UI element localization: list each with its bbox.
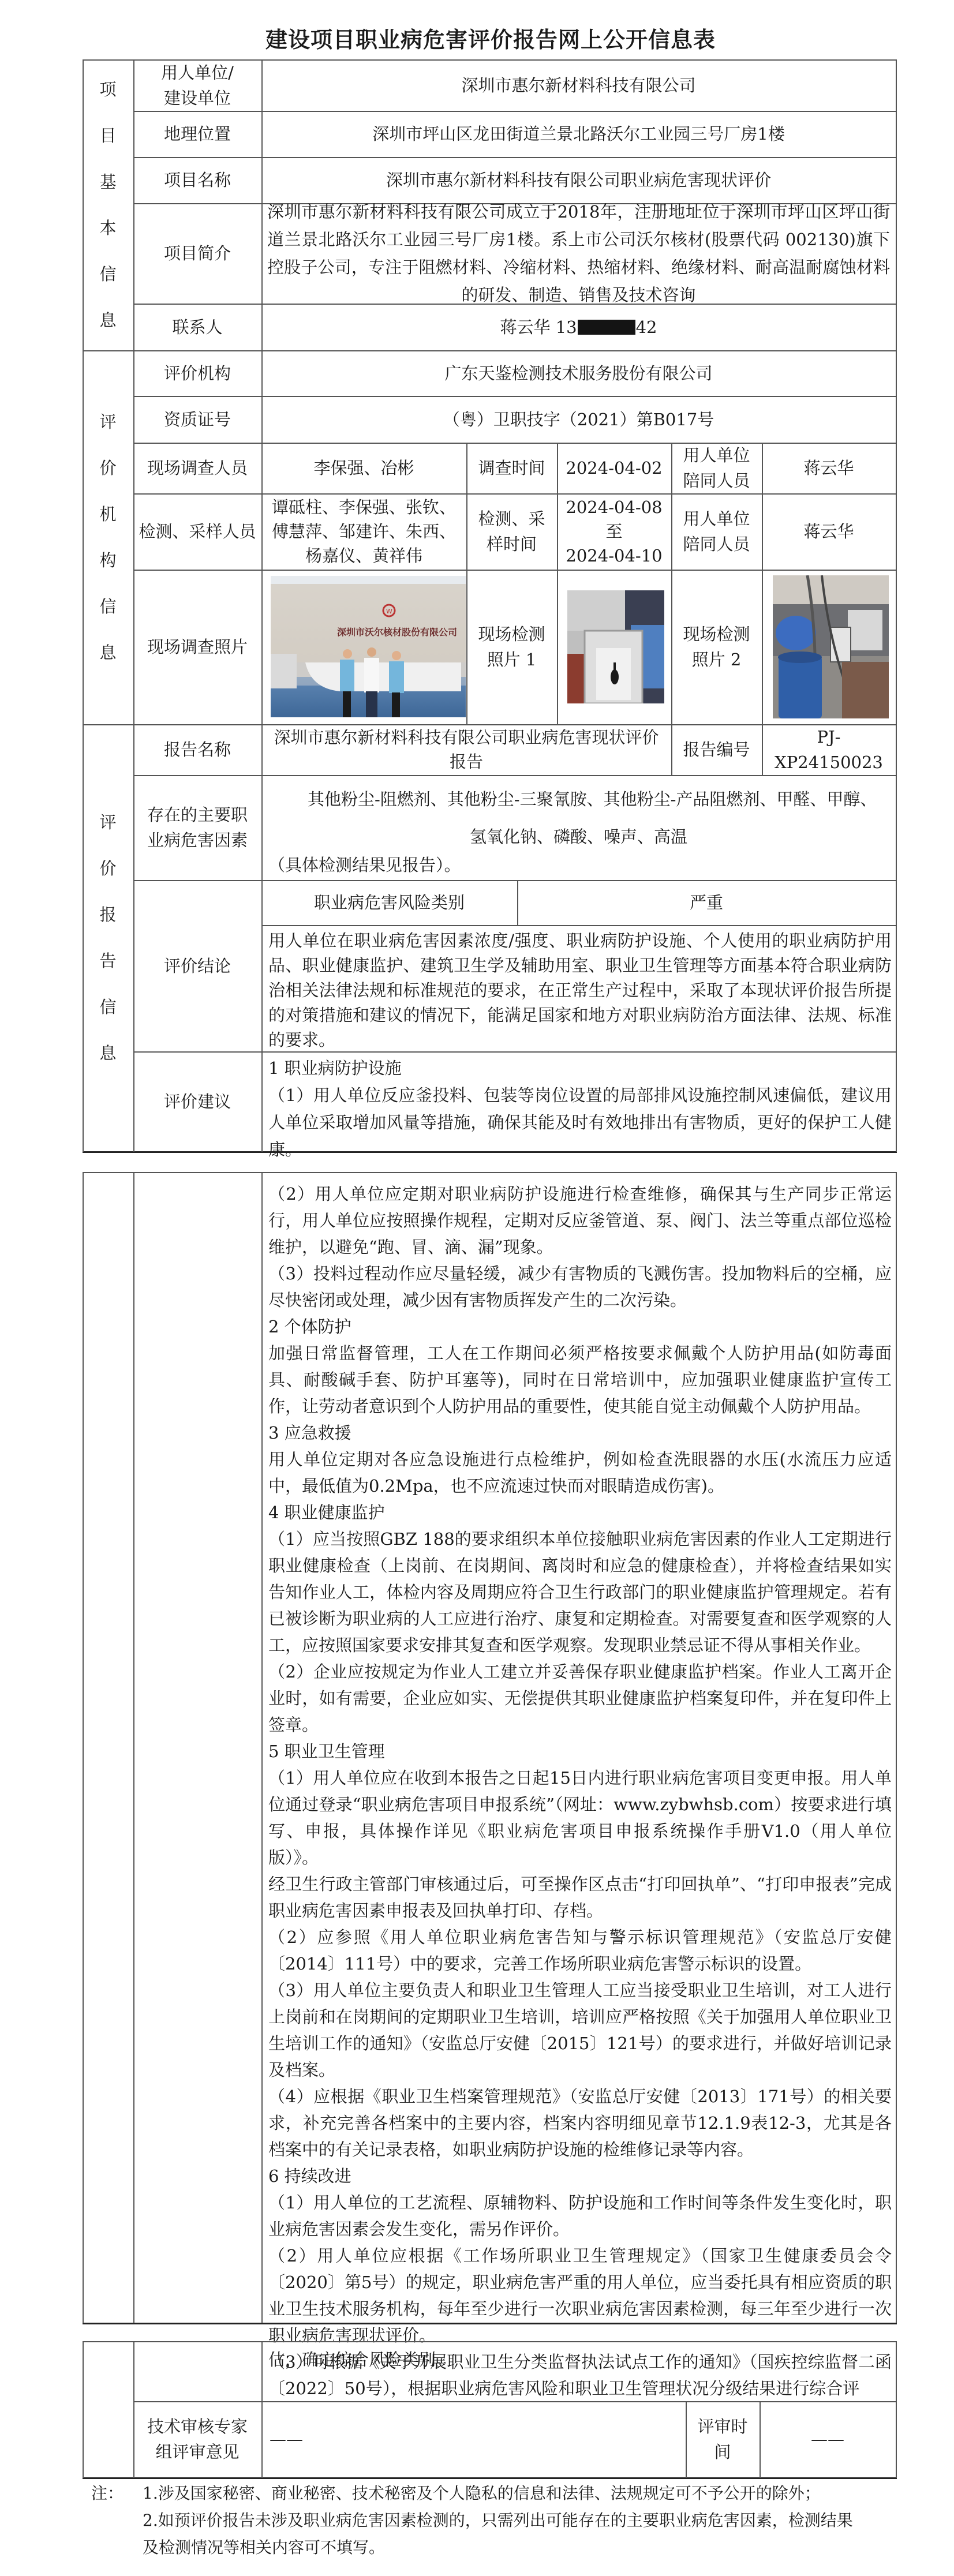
contact-name-phone-prefix: 蒋云华 13 [500, 314, 577, 340]
risk-category-label: 职业病危害风险类别 [261, 880, 517, 925]
label-line: 技术审核专家 [147, 2414, 248, 2439]
site-survey-photo: W 深圳市沃尔核材股份有限公司 [271, 576, 466, 717]
detection-photo-2-image [773, 575, 889, 718]
hazards-note: （具体检测结果见报告）。 [268, 852, 461, 876]
contact-value: 蒋云华 13 42 [261, 304, 896, 350]
label-line: 样时间 [487, 531, 537, 557]
suggestion-item: （2）企业应按规定为作业人工建立并妥善保存职业健康监护档案。作业人工离开企业时，… [268, 1658, 892, 1738]
section-label-char: 息 [99, 310, 116, 331]
staff-line: 杨嘉仪、黄祥伟 [305, 544, 422, 568]
project-intro-value: 深圳市惠尔新材料科技有限公司成立于2018年，注册地址位于深圳市坪山区坪山街道兰… [261, 203, 896, 304]
section-label-char: 本 [99, 218, 116, 238]
suggestion-item: （1）应当按照GBZ 188的要求组织本单位接触职业病危害因素的作业人工定期进行… [268, 1526, 892, 1658]
hazards-line: 其他粉尘-阻燃剂、其他粉尘-三聚氰胺、其他粉尘-产品阻燃剂、甲醛、甲醇、 [308, 787, 877, 810]
table-border [83, 1172, 897, 1173]
accompany-value: 蒋云华 [762, 443, 896, 493]
sampling-staff-value: 谭砥柱、李保强、张钦、 傅慧萍、邹建许、朱西、 杨嘉仪、黄祥伟 [261, 493, 466, 570]
suggestion-heading: 6 持续改进 [268, 2163, 892, 2189]
site-survey-photo-image: W 深圳市沃尔核材股份有限公司 [271, 576, 466, 717]
notes-list: 1.涉及国家秘密、商业秘密、技术秘密及个人隐私的信息和法律、法规规定可不予公开的… [143, 2480, 899, 2561]
staff-line: 傅慧萍、邹建许、朱西、 [272, 519, 456, 544]
section-label-char: 价 [99, 858, 116, 879]
site-detection-photo-2 [773, 575, 889, 718]
detection-photo-1-image [567, 590, 664, 703]
project-name-value: 深圳市惠尔新材料科技有限公司职业病危害现状评价 [261, 157, 896, 203]
review-opinion-value: —— [261, 2401, 686, 2477]
section-label-char: 机 [99, 504, 116, 525]
suggestion-heading: 4 职业健康监护 [268, 1499, 892, 1526]
label-line: 组评审意见 [155, 2439, 239, 2465]
survey-time-value: 2024-04-02 [557, 443, 671, 493]
suggestion-heading: 5 职业卫生管理 [268, 1738, 892, 1765]
date-end: 2024-04-10 [566, 544, 662, 568]
section-label-org-info: 评 价 机 构 信 息 [83, 350, 133, 724]
location-value: 深圳市坪山区龙田街道兰景北路沃尔工业园三号厂房1楼 [261, 111, 896, 157]
section-label-char: 报 [99, 904, 116, 925]
staff-line: 谭砥柱、李保强、张钦、 [272, 495, 456, 519]
label-line: 陪同人员 [683, 468, 750, 493]
photo-label: 现场调查照片 [133, 570, 261, 724]
label-line: 用人单位 [683, 506, 750, 531]
report-name-label: 报告名称 [133, 724, 261, 775]
note-item: 1.涉及国家秘密、商业秘密、技术秘密及个人隐私的信息和法律、法规规定可不予公开的… [143, 2480, 899, 2507]
hazards-label: 存在的主要职 业病危害因素 [133, 775, 261, 880]
table-border [896, 59, 897, 1152]
accompany-label: 用人单位 陪同人员 [671, 443, 762, 493]
page-title: 建设项目职业病危害评价报告网上公开信息表 [0, 22, 954, 54]
contact-phone-suffix: 42 [636, 314, 657, 340]
suggestion-heading: 1 职业病防护设施 [268, 1055, 892, 1082]
section-label-char: 信 [99, 596, 116, 617]
suggestion-heading: 3 应急救援 [268, 1420, 892, 1446]
row-divider [261, 925, 897, 926]
contact-label: 联系人 [133, 304, 261, 350]
note-item: 2.如预评价报告未涉及职业病危害因素检测的，只需列出可能存在的主要职业病危害因素… [143, 2507, 899, 2534]
section-label-char: 信 [99, 264, 116, 284]
table-border [83, 2477, 897, 2479]
table-border [83, 1172, 84, 2323]
sampling-staff-label: 检测、采样人员 [133, 493, 261, 570]
suggestion-item: （3）用人单位主要负责人和职业卫生管理人工应当接受职业卫生培训，对工人进行上岗前… [268, 1977, 892, 2083]
table-border [83, 2341, 84, 2478]
suggestion-item: （1）用人单位反应釜投料、包装等岗位设置的局部排风设施控制风速偏低，建议用人单位… [268, 1082, 892, 1163]
suggestion-item: （1）用人单位的工艺流程、原辅物料、防护设施和工作时间等条件发生变化时，职业病危… [268, 2189, 892, 2242]
org-label: 评价机构 [133, 350, 261, 396]
label-line: 照片 1 [487, 647, 537, 672]
survey-staff-value: 李保强、冶彬 [261, 443, 466, 493]
table-border [896, 1172, 897, 2323]
label-line: 评审时 [697, 2414, 747, 2439]
section-label-char: 基 [99, 171, 116, 192]
accompany2-value: 蒋云华 [762, 493, 896, 570]
date-separator: 至 [605, 519, 622, 544]
suggestions-part-2: （2）用人单位应定期对职业病防护设施进行检查维修，确保其与生产同步正常运行，用人… [268, 1181, 892, 2402]
suggestion-item: （2）用人单位应定期对职业病防护设施进行检查维修，确保其与生产同步正常运行，用人… [268, 1181, 892, 1260]
employer-value: 深圳市惠尔新材料科技有限公司 [261, 59, 896, 111]
suggestion-heading: 2 个体防护 [268, 1313, 892, 1340]
cert-value: （粤）卫职技字（2021）第B017号 [261, 396, 896, 443]
location-label: 地理位置 [133, 111, 261, 157]
label-line: 照片 2 [692, 647, 742, 672]
site-detection-photo-1 [567, 590, 664, 703]
sampling-time-value: 2024-04-08 至 2024-04-10 [557, 493, 671, 570]
table-divider [261, 1172, 263, 2323]
section-label-char: 评 [99, 411, 116, 432]
value-line: 深圳市惠尔新材料科技有限公司职业病危害现状评价 [274, 725, 659, 750]
sampling-time-label: 检测、采 样时间 [466, 493, 557, 570]
label-line: 现场检测 [683, 621, 750, 647]
section-label-char: 价 [99, 458, 116, 478]
report-no-value: PJ- XP24150023 [762, 724, 896, 775]
survey-time-label: 调查时间 [466, 443, 557, 493]
suggestion-item: 经卫生行政主管部门审核通过后，可至操作区点击“打印回执单”、“打印申报表”完成职… [268, 1871, 892, 1924]
suggestions-part-1: 1 职业病防护设施 （1）用人单位反应釜投料、包装等岗位设置的局部排风设施控制风… [268, 1055, 892, 1163]
hazards-line: 氢氧化钠、磷酸、噪声、高温 [261, 824, 896, 848]
redaction-block [578, 320, 635, 335]
suggestion-item: （4）应根据《职业卫生档案管理规范》（安监总厅安健〔2013〕171号）的相关要… [268, 2083, 892, 2163]
suggestion-item: 加强日常监督管理，工人在工作期间必须严格按要求佩戴个人防护用品(如防毒面具、耐酸… [268, 1340, 892, 1420]
photo2-label: 现场检测 照片 2 [671, 570, 762, 724]
notes-prefix: 注： [91, 2480, 124, 2507]
report-no-label: 报告编号 [671, 724, 762, 775]
section-label-char: 息 [99, 642, 116, 663]
employer-label: 用人单位/ 建设单位 [133, 59, 261, 111]
suggestion-item: （2）用人单位应根据《工作场所职业卫生管理规定》（国家卫生健康委员会令〔2020… [268, 2242, 892, 2349]
suggestions-part-3: 估，确定综合风险类别。 [268, 2346, 892, 2373]
suggestion-label: 评价建议 [133, 1051, 261, 1151]
svg-text:W: W [386, 608, 392, 615]
label-line: 用人单位/ [161, 60, 234, 85]
section-label-char: 构 [99, 550, 116, 571]
label-line: 陪同人员 [683, 531, 750, 557]
review-time-value: —— [760, 2401, 896, 2477]
label-line: 存在的主要职 [147, 802, 248, 828]
survey-staff-label: 现场调查人员 [133, 443, 261, 493]
section-label-char: 告 [99, 950, 116, 971]
label-line: 现场检测 [478, 621, 545, 647]
accompany2-label: 用人单位 陪同人员 [671, 493, 762, 570]
label-line: 检测、采 [478, 506, 545, 531]
label-line: 用人单位 [683, 443, 750, 468]
value-line: 报告 [450, 750, 483, 774]
photo1-label: 现场检测 照片 1 [466, 570, 557, 724]
suggestion-item: （1）用人单位应在收到本报告之日起15日内进行职业病危害项目变更申报。用人单位通… [268, 1765, 892, 1871]
label-line: 间 [714, 2439, 731, 2465]
project-intro-label: 项目简介 [133, 203, 261, 304]
section-label-basic-info: 项 目 基 本 信 息 [83, 59, 133, 350]
section-label-char: 息 [99, 1043, 116, 1064]
org-value: 广东天鉴检测技术服务股份有限公司 [261, 350, 896, 396]
section-label-char: 项 [99, 79, 116, 100]
cert-label: 资质证号 [133, 396, 261, 443]
project-name-label: 项目名称 [133, 157, 261, 203]
suggestion-item: 估，确定综合风险类别。 [268, 2346, 892, 2373]
conclusion-text: 用人单位在职业病危害因素浓度/强度、职业病防护设施、个人使用的职业病防护用品、职… [268, 928, 892, 1053]
suggestion-item: 用人单位定期对各应急设施进行点检维护，例如检查洗眼器的水压(水流压力应适中，最低… [268, 1446, 892, 1499]
svg-text:深圳市沃尔核材股份有限公司: 深圳市沃尔核材股份有限公司 [337, 627, 457, 638]
review-time-label: 评审时 间 [686, 2401, 760, 2477]
label-line: 建设单位 [164, 85, 231, 111]
section-label-char: 目 [99, 125, 116, 146]
review-label: 技术审核专家 组评审意见 [133, 2401, 261, 2477]
report-name-value: 深圳市惠尔新材料科技有限公司职业病危害现状评价 报告 [261, 724, 671, 775]
conclusion-label: 评价结论 [133, 880, 261, 1051]
section-label-char: 信 [99, 997, 116, 1017]
note-item: 及检测情况等相关内容可不填写。 [143, 2534, 899, 2561]
risk-category-value: 严重 [517, 880, 896, 925]
table-divider [133, 1172, 134, 2323]
suggestion-item: （2）应参照《用人单位职业病危害告知与警示标识管理规范》（安监总厅安健〔2014… [268, 1924, 892, 1977]
hazards-value: 其他粉尘-阻燃剂、其他粉尘-三聚氰胺、其他粉尘-产品阻燃剂、甲醛、甲醇、 氢氧化… [261, 775, 896, 880]
label-line: 业病危害因素 [147, 828, 248, 853]
section-label-char: 评 [99, 812, 116, 833]
section-label-report-info: 评 价 报 告 信 息 [83, 724, 133, 1151]
table-border [896, 2341, 897, 2478]
table-border [83, 2341, 897, 2342]
date-start: 2024-04-08 [566, 495, 662, 519]
suggestion-item: （3）投料过程动作应尽量轻缓，减少有害物质的飞溅伤害。投加物料后的空桶，应尽快密… [268, 1260, 892, 1313]
